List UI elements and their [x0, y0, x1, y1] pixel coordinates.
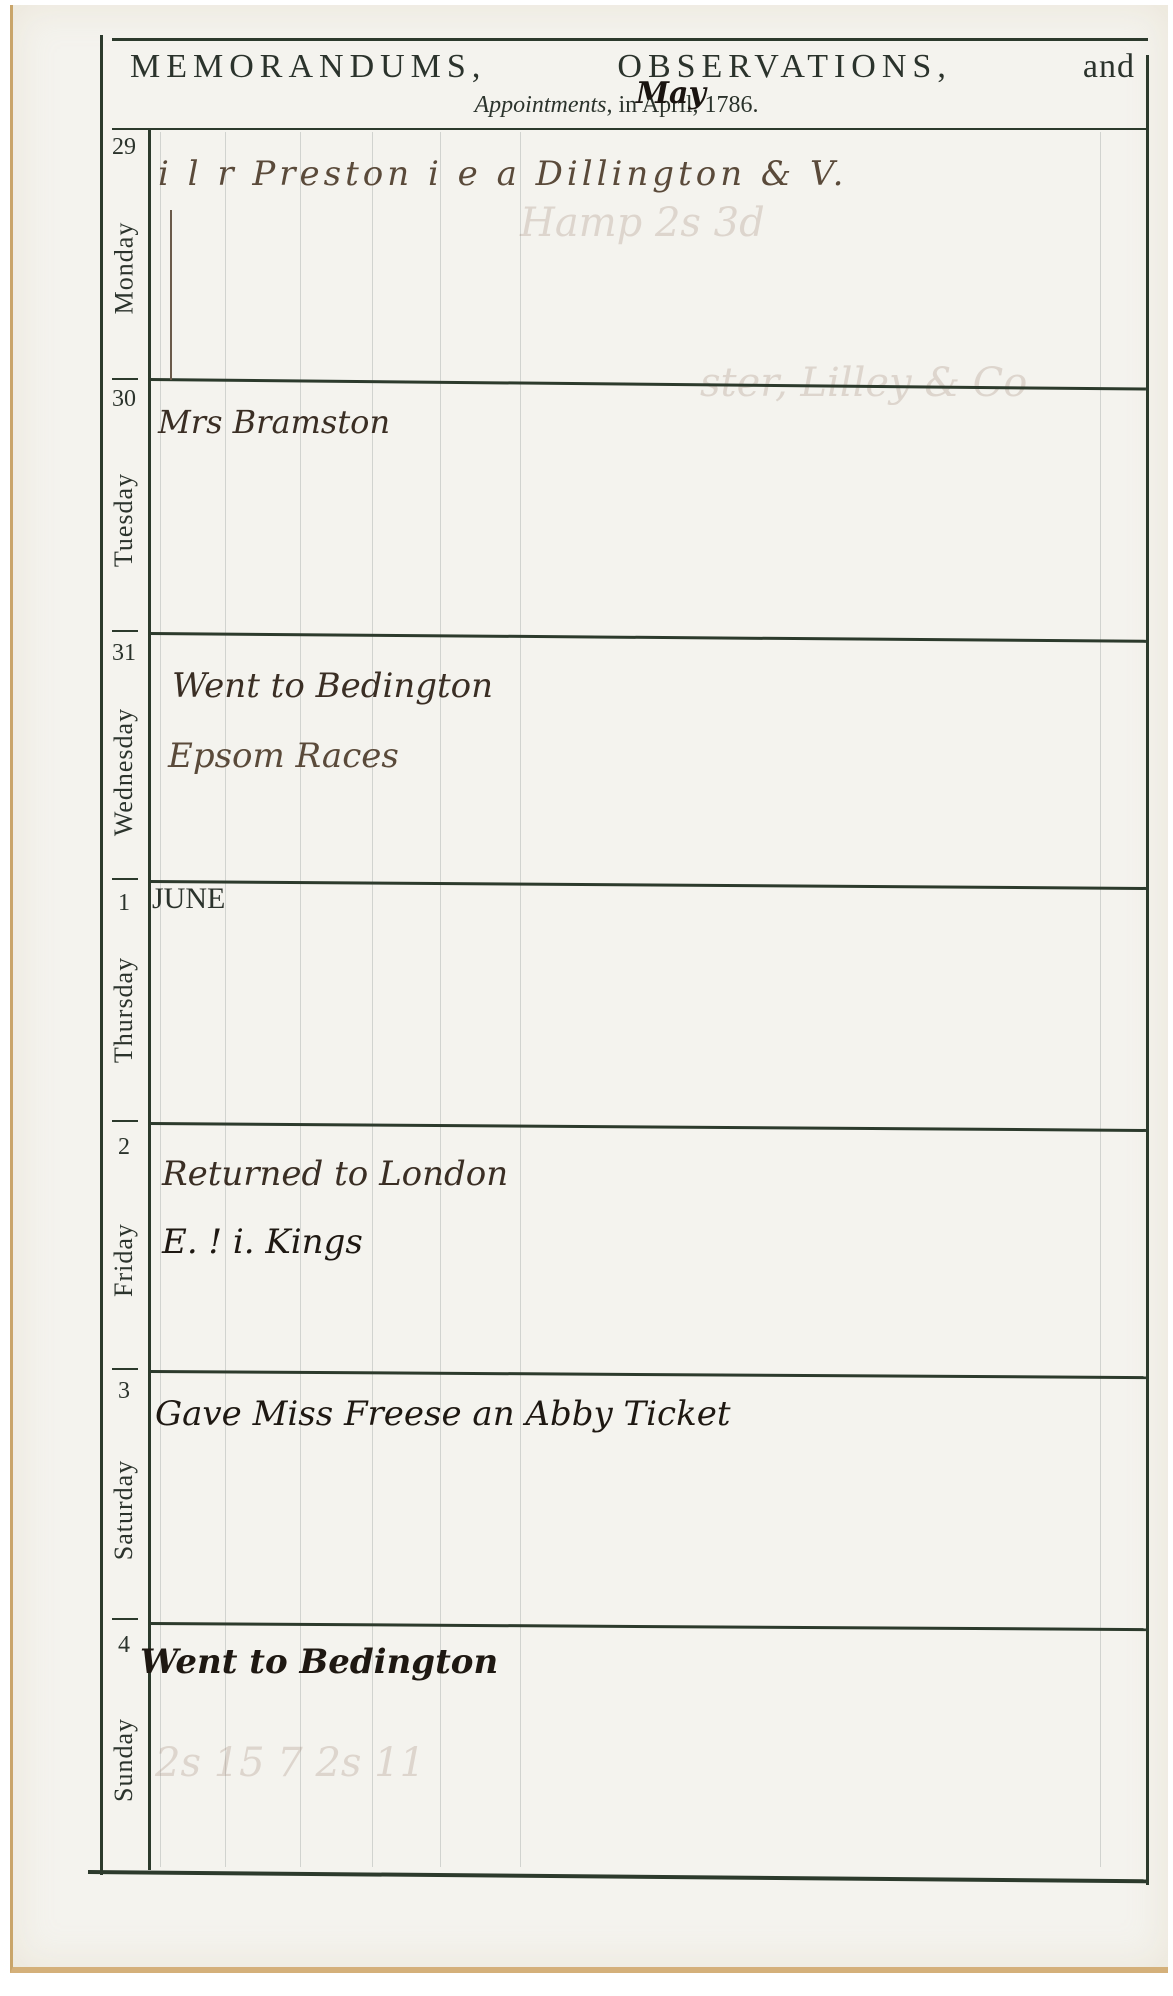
column-guide-line	[372, 132, 373, 1867]
day-name: Wednesday	[104, 672, 144, 872]
column-guide-line	[520, 132, 521, 1867]
month-printed: AprilMay	[642, 92, 693, 118]
column-guide-line	[225, 132, 226, 1867]
diary-entry: Epsom Races	[168, 730, 399, 783]
day-name: Thursday	[104, 910, 144, 1110]
day-column-divider	[148, 130, 151, 1870]
outer-left-border	[100, 35, 103, 1875]
show-through-text: 2s 15 7 2s 11	[155, 1740, 425, 1786]
diary-entry: i l r Preston i e a Dillington & V.	[158, 148, 847, 201]
day-name: Saturday	[104, 1410, 144, 1610]
header-subtitle: Appointments, in AprilMay, 1786.	[0, 92, 1173, 119]
diary-entry: Went to Bedington	[172, 660, 493, 713]
day-number: 4	[104, 1632, 144, 1659]
diary-entry: Went to Bedington	[140, 1636, 498, 1689]
header-bottom-rule	[112, 128, 1148, 130]
day-column-tick	[112, 1618, 138, 1620]
header-top-rule	[112, 38, 1148, 41]
day-name: Tuesday	[104, 420, 144, 620]
handwritten-month-correction: May	[636, 76, 706, 111]
margin-ink-stroke	[170, 210, 172, 380]
day-name: Monday	[104, 168, 144, 368]
day-name: Friday	[104, 1160, 144, 1360]
subtitle-italic: Appointments	[474, 92, 606, 118]
header-title: MEMORANDUMS, OBSERVATIONS, and	[130, 48, 1135, 86]
subtitle-in: , in	[606, 92, 637, 118]
column-guide-line	[1100, 132, 1101, 1867]
day-column-tick	[112, 630, 138, 632]
day-number: 31	[104, 640, 144, 667]
diary-entry: Mrs Bramston	[158, 398, 390, 448]
day-column-tick	[112, 378, 138, 380]
day-name: Sunday	[104, 1660, 144, 1860]
show-through-text: Hamp 2s 3d	[520, 200, 765, 246]
column-guide-line	[440, 132, 441, 1867]
diary-entry: E. ! i. Kings	[162, 1216, 363, 1269]
day-number: 2	[104, 1134, 144, 1161]
right-border	[1146, 55, 1149, 1885]
diary-entry: Gave Miss Freese an Abby Ticket	[155, 1388, 730, 1441]
day-column-tick	[112, 878, 138, 880]
header-word: MEMORANDUMS,	[130, 48, 486, 86]
day-number: 29	[104, 134, 144, 161]
column-guide-line	[300, 132, 301, 1867]
printed-month-marker: JUNE	[152, 882, 225, 916]
day-number: 3	[104, 1378, 144, 1405]
day-number: 30	[104, 386, 144, 413]
day-column-tick	[112, 1120, 138, 1122]
diary-entry: Returned to London	[162, 1148, 508, 1201]
column-guide-line	[160, 132, 161, 1867]
header-word: and	[1083, 48, 1135, 86]
day-column-tick	[112, 1368, 138, 1370]
